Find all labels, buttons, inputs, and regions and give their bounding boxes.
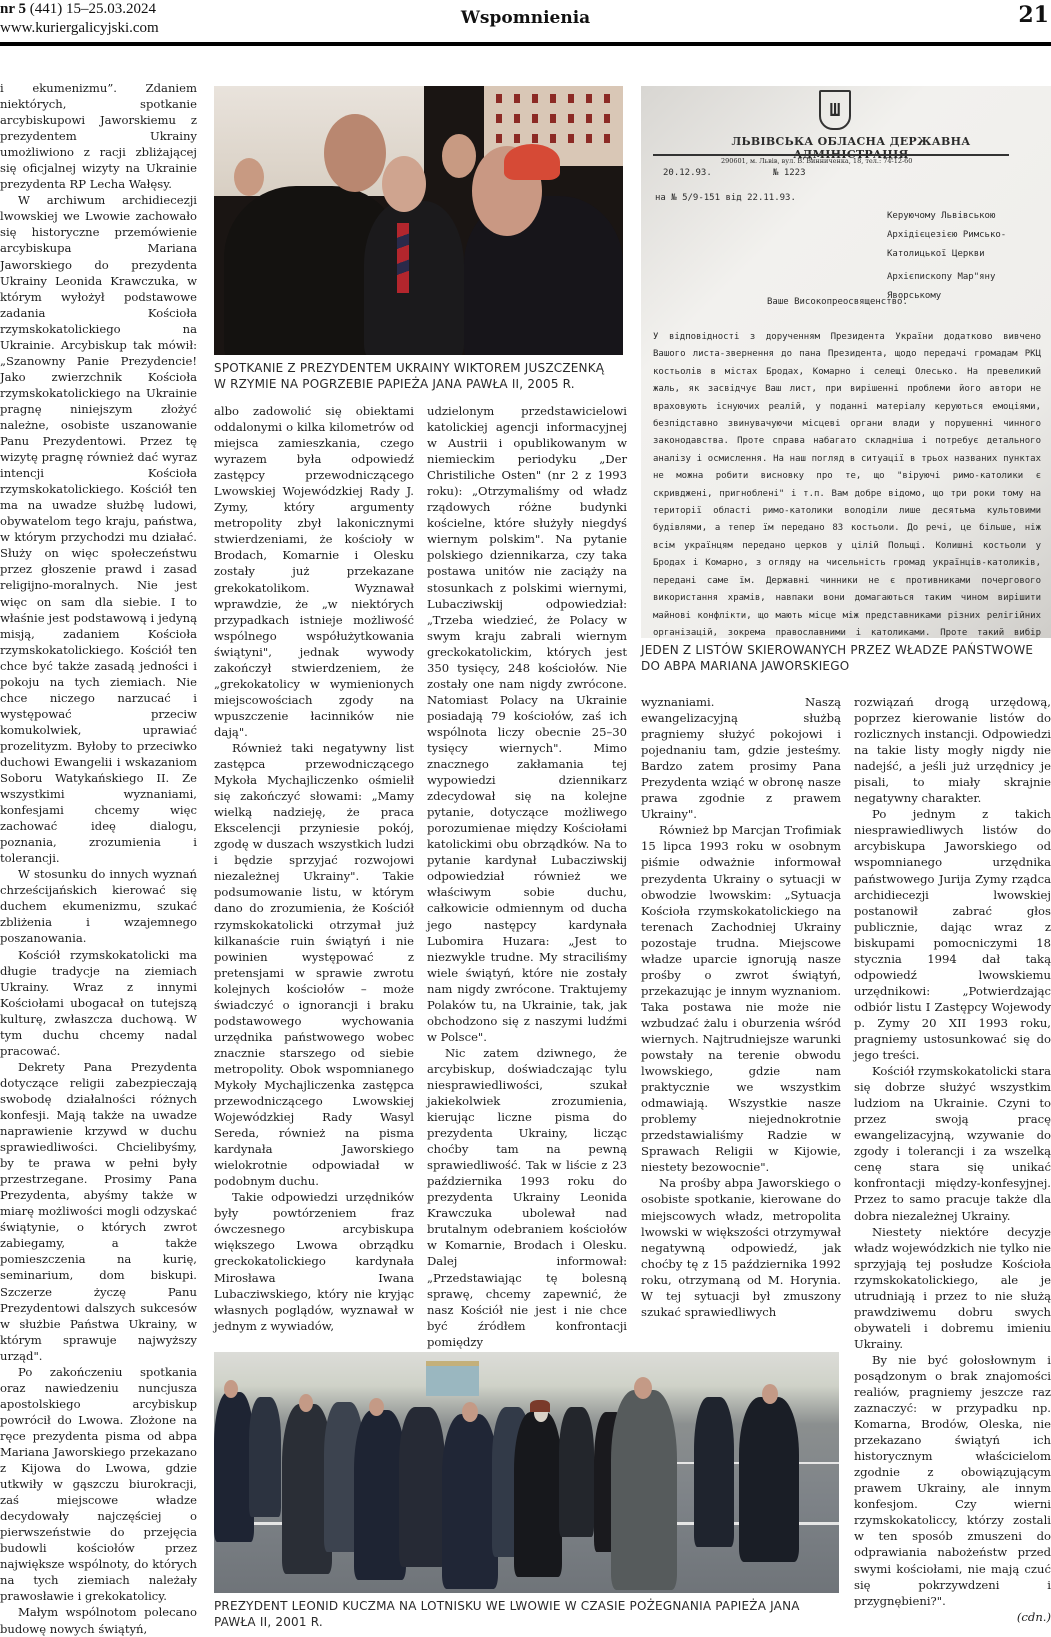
paragraph: W archiwum archidiecezji lwowskiej we Lw… (0, 192, 197, 866)
paragraph: Dekrety Pana Prezydenta dotyczące religi… (0, 1059, 197, 1364)
paragraph: Kościół rzymskokatolicki ma długie trady… (0, 947, 197, 1059)
paragraph: wyznaniami. Naszą ewangelizacyjną służbą… (641, 694, 841, 822)
photo-letter-document: Ш ЛЬВІВСЬКА ОБЛАСНА ДЕРЖАВНА АДМІНІСТРАЦ… (641, 86, 1051, 638)
paragraph: rozwiązań drogą urzędową, poprzez kierow… (854, 694, 1051, 806)
photo-airport-farewell (214, 1352, 839, 1593)
doc-salutation: Ваше Високопреосвященство. (767, 297, 908, 307)
doc-body: У відповідності з дорученням Президента … (653, 329, 1041, 638)
page-header: nr 5 (441) 15–25.03.2024 www.kuriergalic… (0, 0, 1051, 46)
photo-caption-airport: Prezydent Leonid Kuczma na lotnisku we L… (214, 1598, 839, 1630)
section-title: Wspomnienia (0, 8, 1051, 28)
article-column-4: wyznaniami. Naszą ewangelizacyjną służbą… (641, 694, 841, 1320)
paragraph: Niestety niektóre decyzje władz wojewódz… (854, 1224, 1051, 1352)
paragraph: By nie być gołosłownym i posądzonym o br… (854, 1352, 1051, 1609)
trident-emblem-icon: Ш (819, 90, 851, 130)
paragraph: W stosunku do innych wyznań chrześcijańs… (0, 866, 197, 946)
article-column-3: udzielonym przedstawicielowi katolickiej… (427, 403, 627, 1350)
doc-address: 290601, м. Львів, вул. В. Винниченка, 18… (721, 157, 912, 165)
paragraph: Takie odpowiedzi urzędników były powtórz… (214, 1189, 414, 1333)
doc-reference: на № 5/9-151 від 22.11.93. (655, 193, 796, 203)
paragraph: i ekumenizmu”. Zdaniem niektórych, spotk… (0, 80, 197, 192)
paragraph: Po zakończeniu spotkania oraz nawiedzeni… (0, 1364, 197, 1605)
paragraph: Również bp Marcjan Trofimiak 15 lipca 19… (641, 822, 841, 1175)
article-column-5: rozwiązań drogą urzędową, poprzez kierow… (854, 694, 1051, 1625)
doc-date: 20.12.93. (663, 168, 712, 178)
paragraph: Małym wspólnotom polecano budowę nowych … (0, 1604, 197, 1636)
paragraph: Po jednym z takich niesprawiedliwych lis… (854, 806, 1051, 1063)
paragraph: Kościół rzymskokatolicki stara się dobrz… (854, 1063, 1051, 1223)
page-number: 21 (1018, 2, 1049, 28)
paragraph: Również taki negatywny list zastępca prz… (214, 740, 414, 1189)
doc-recipient: Керуючому Львівською Архідієцезією Римсь… (887, 207, 1006, 306)
photo-background-booth (426, 1361, 479, 1396)
to-be-continued: (cdn.) (854, 1609, 1051, 1625)
photo-caption-letter: Jeden z listów skierowanych przez władze… (641, 642, 1051, 674)
doc-number: № 1223 (773, 168, 806, 178)
header-divider (0, 42, 1051, 46)
article-column-2: albo zadowolić się obiektami oddalonymi … (214, 403, 414, 1334)
photo-caption-rome: Spotkanie z prezydentem Ukrainy Wiktorem… (214, 360, 623, 392)
paragraph: Na prośby abpa Jaworskiego o osobiste sp… (641, 1175, 841, 1319)
paragraph: albo zadowolić się obiektami oddalonymi … (214, 403, 414, 740)
photo-rome-meeting (214, 86, 623, 355)
paragraph: udzielonym przedstawicielowi katolickiej… (427, 403, 627, 1045)
article-column-1: i ekumenizmu”. Zdaniem niektórych, spotk… (0, 80, 197, 1637)
paragraph: Nic zatem dziwnego, że arcybiskup, doświ… (427, 1045, 627, 1350)
